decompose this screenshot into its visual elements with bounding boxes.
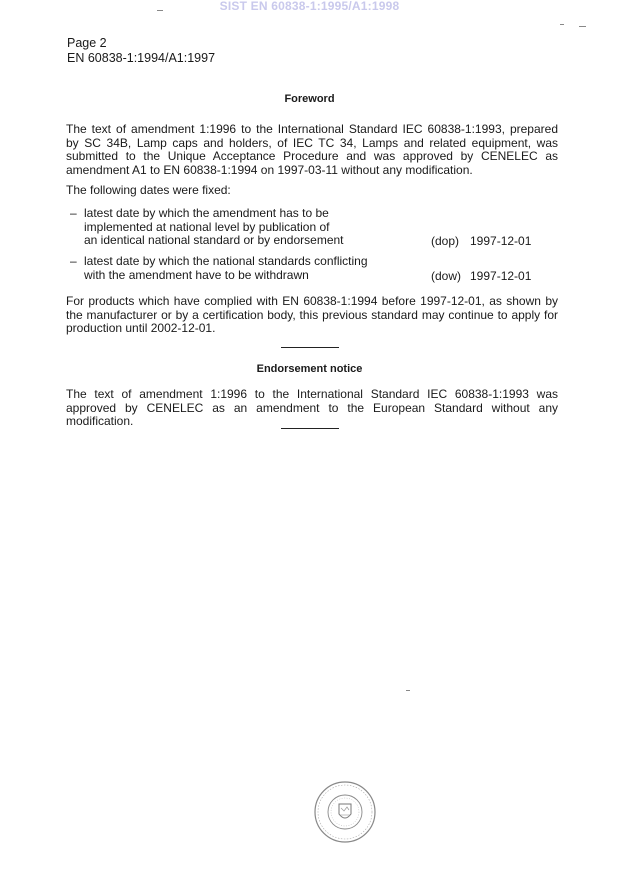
text-line: production until 2002-12-01. — [66, 322, 558, 336]
scan-speck — [406, 690, 410, 691]
text-line: For products which have complied with EN… — [66, 295, 558, 309]
scan-speck — [157, 10, 163, 11]
section-divider — [281, 347, 339, 348]
foreword-title: Foreword — [0, 93, 619, 105]
text-line: The text of amendment 1:1996 to the Inte… — [66, 388, 558, 402]
date-item-description: latest date by which the amendment has t… — [84, 207, 424, 248]
text-line: implemented at national level by publica… — [84, 221, 424, 235]
page-header: Page 2 EN 60838-1:1994/A1:1997 — [67, 36, 215, 66]
foreword-paragraph-2: For products which have complied with EN… — [66, 295, 558, 336]
text-line: latest date by which the national standa… — [84, 255, 424, 269]
text-line: by SC 34B, Lamp caps and holders, of IEC… — [66, 137, 558, 151]
date-item-description: latest date by which the national standa… — [84, 255, 424, 282]
official-stamp-icon — [313, 780, 377, 844]
text-line: The text of amendment 1:1996 to the Inte… — [66, 123, 558, 137]
list-dash: – — [70, 255, 77, 269]
scan-speck — [579, 26, 586, 27]
date-code: (dow) — [431, 270, 461, 284]
text-line: amendment A1 to EN 60838-1:1994 on 1997-… — [66, 164, 558, 178]
scan-speck — [560, 24, 564, 25]
section-divider — [281, 428, 339, 429]
text-line: approved by CENELEC as an amendment to t… — [66, 402, 558, 429]
endorsement-title: Endorsement notice — [0, 363, 619, 375]
foreword-paragraph-1: The text of amendment 1:1996 to the Inte… — [66, 123, 558, 177]
text-line: an identical national standard or by end… — [84, 234, 424, 248]
date-code: (dop) — [431, 235, 459, 249]
text-line: submitted to the Unique Acceptance Proce… — [66, 150, 558, 164]
text-line: latest date by which the amendment has t… — [84, 207, 424, 221]
endorsement-paragraph: The text of amendment 1:1996 to the Inte… — [66, 388, 558, 429]
date-item-dow: – latest date by which the national stan… — [70, 255, 560, 283]
date-value: 1997-12-01 — [470, 270, 531, 284]
date-value: 1997-12-01 — [470, 235, 531, 249]
dates-intro: The following dates were fixed: — [66, 184, 558, 198]
date-item-dop: – latest date by which the amendment has… — [70, 207, 560, 249]
text-line: with the amendment have to be withdrawn — [84, 269, 424, 283]
watermark: SIST EN 60838-1:1995/A1:1998 — [0, 0, 619, 13]
list-dash: – — [70, 207, 77, 221]
text-line: the manufacturer or by a certification b… — [66, 309, 558, 323]
document-id: EN 60838-1:1994/A1:1997 — [67, 51, 215, 66]
page-number: Page 2 — [67, 36, 215, 51]
